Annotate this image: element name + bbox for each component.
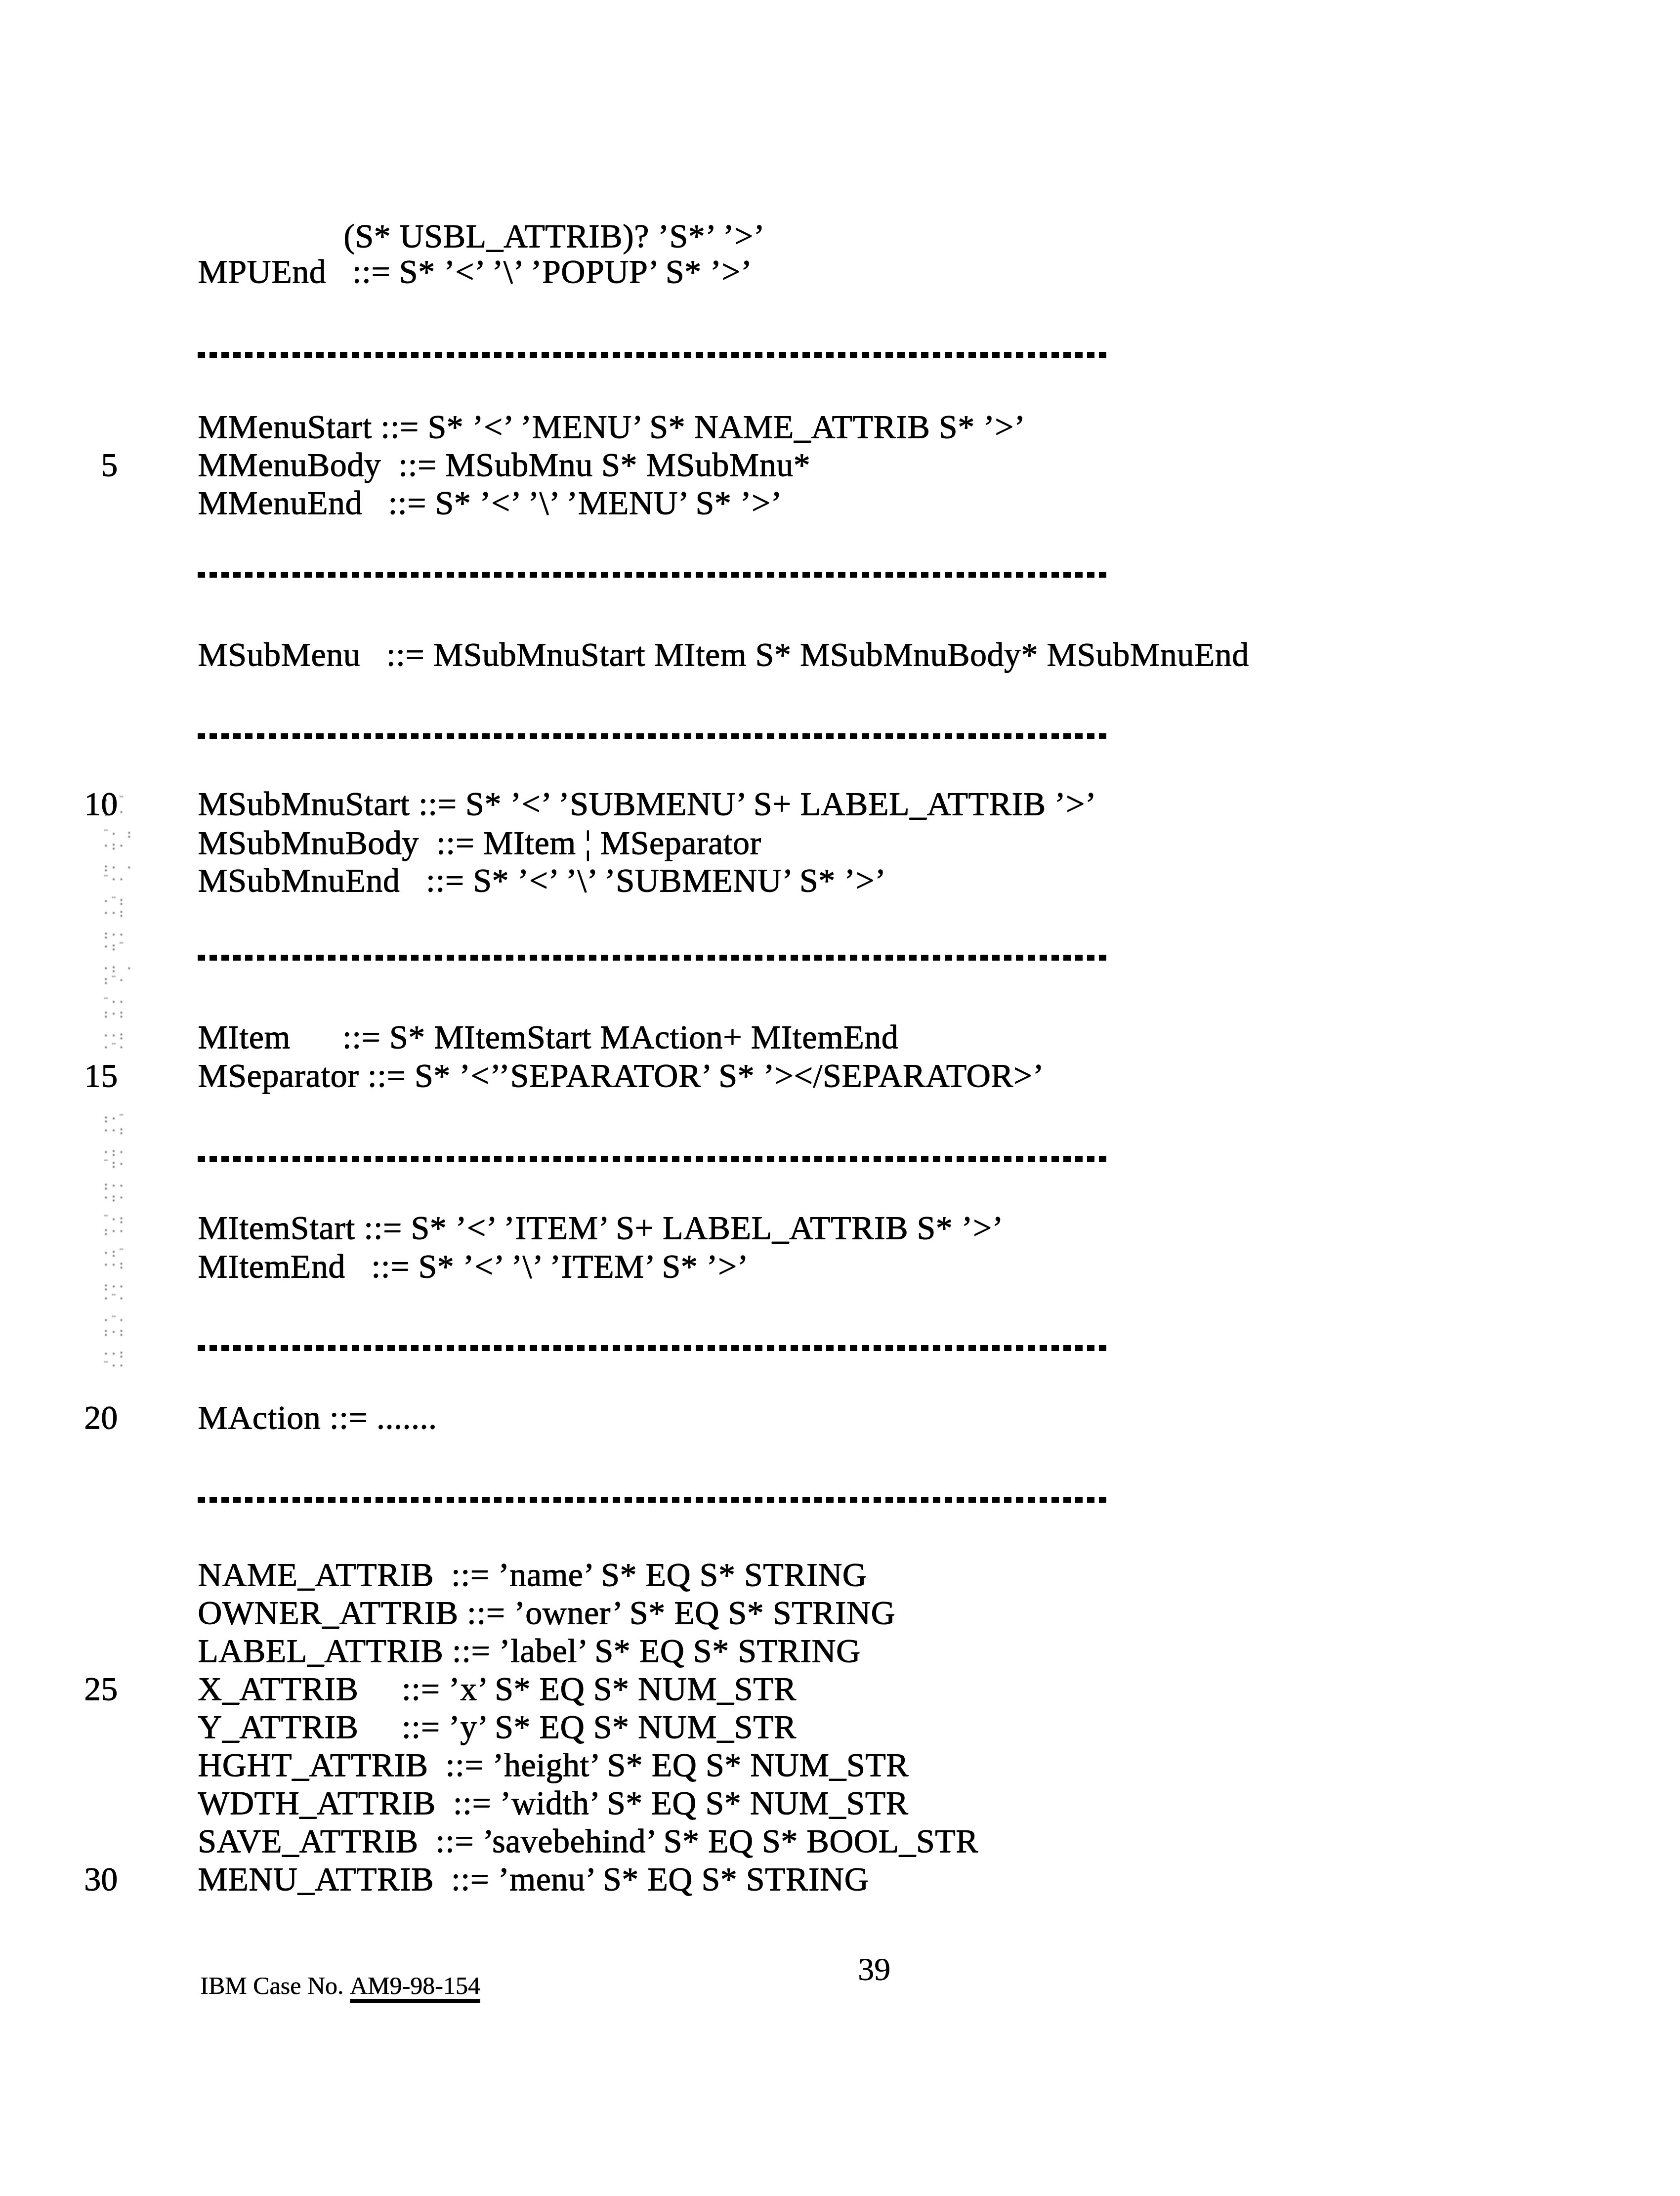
grammar-rule-line: SAVE_ATTRIB ::= ’savebehind’ S* EQ S* BO… — [198, 1824, 978, 1858]
footer-case-label: IBM Case No. — [200, 1972, 350, 1999]
dashed-separator — [198, 1497, 1108, 1503]
grammar-rule-line: MSeparator ::= S* ’<’’SEPARATOR’ S* ’></… — [198, 1058, 1044, 1092]
dashed-separator — [198, 1345, 1108, 1351]
grammar-rule-line: OWNER_ATTRIB ::= ’owner’ S* EQ S* STRING — [198, 1596, 895, 1629]
line-number: 30 — [74, 1862, 118, 1896]
scan-artifact: ·¨· :·: — [103, 1314, 126, 1338]
grammar-rule-line: MMenuBody ::= MSubMnu S* MSubMnu* — [198, 448, 810, 481]
grammar-rule-line: Y_ATTRIB ::= ’y’ S* EQ S* NUM_STR — [198, 1710, 797, 1743]
scan-artifact: ·¨: ··: — [103, 895, 126, 919]
grammar-rule-line: HGHT_ATTRIB ::= ’height’ S* EQ S* NUM_ST… — [198, 1748, 909, 1781]
grammar-rule-line: MSubMenu ::= MSubMnuStart MItem S* MSubM… — [198, 637, 1249, 671]
scan-artifact: ··: ¨·· — [103, 1348, 126, 1372]
line-number: 5 — [74, 448, 118, 481]
dashed-separator — [198, 1156, 1108, 1162]
dashed-separator — [198, 352, 1108, 358]
grammar-rule-line: MMenuEnd ::= S* ’<’ ’\’ ’MENU’ S* ’>’ — [198, 486, 782, 519]
grammar-rule-line: MMenuStart ::= S* ’<’ ’MENU’ S* NAME_ATT… — [198, 410, 1025, 443]
grammar-rule-line: WDTH_ATTRIB ::= ’width’ S* EQ S* NUM_STR — [198, 1786, 908, 1819]
scan-artifact: ··: ·¨· — [103, 1030, 126, 1054]
grammar-rule-line: NAME_ATTRIB ::= ’name’ S* EQ S* STRING — [198, 1558, 867, 1591]
scan-artifact: ·:· ¨:· — [103, 1146, 126, 1170]
page-number: 39 — [858, 1953, 890, 1986]
grammar-rule-line: MSubMnuStart ::= S* ’<’ ’SUBMENU’ S+ LAB… — [198, 787, 1096, 820]
grammar-rule-line: MAction ::= ....... — [198, 1400, 437, 1434]
grammar-rule-line: MSubMnuBody ::= MItem ¦ MSeparator — [198, 826, 761, 859]
dashed-separator — [198, 733, 1108, 739]
line-number: 25 — [74, 1672, 118, 1705]
scanned-patent-page: (S* USBL_ATTRIB)? ’S*’ ’>’MPUEnd ::= S* … — [0, 0, 1680, 2196]
scan-artifact: ¨·· :·: — [103, 996, 126, 1020]
footer-case-line: IBM Case No. AM9-98-154 — [200, 1973, 480, 2003]
grammar-rule-line: (S* USBL_ATTRIB)? ’S*’ ’>’ — [343, 219, 765, 253]
grammar-rule-line: MENU_ATTRIB ::= ’menu’ S* EQ S* STRING — [198, 1862, 869, 1896]
grammar-rule-line: MItem ::= S* MItemStart MAction+ MItemEn… — [198, 1020, 898, 1054]
scan-artifact: ·:¨ ··: — [103, 1247, 126, 1271]
grammar-rule-line: X_ATTRIB ::= ’x’ S* EQ S* NUM_STR — [198, 1672, 797, 1705]
dashed-separator — [198, 955, 1108, 961]
scan-artifact: ¨·: :·· — [103, 1214, 126, 1237]
scan-artifact: ·: · :¨· — [103, 963, 134, 986]
scan-artifact: ·:¨ :·· — [103, 795, 126, 818]
line-number: 20 — [74, 1400, 118, 1434]
scan-artifact: :·¨ ··: — [103, 1113, 126, 1137]
grammar-rule-line: MItemStart ::= S* ’<’ ’ITEM’ S+ LABEL_AT… — [198, 1211, 1004, 1244]
grammar-rule-line: MPUEnd ::= S* ’<’ ’\’ ’POPUP’ S* ’>’ — [198, 254, 752, 288]
scan-artifact: :·· ·¨· — [103, 1281, 126, 1305]
scan-artifact: :·· ·:¨ — [103, 929, 126, 953]
footer-case-number: AM9-98-154 — [350, 1973, 480, 2003]
grammar-rule-line: LABEL_ATTRIB ::= ’label’ S* EQ S* STRING — [198, 1634, 860, 1667]
scan-artifact: :· · ¨·· — [103, 862, 134, 886]
grammar-rule-line: MSubMnuEnd ::= S* ’<’ ’\’ ’SUBMENU’ S* ’… — [198, 863, 886, 897]
grammar-rule-line: MItemEnd ::= S* ’<’ ’\’ ’ITEM’ S* ’>’ — [198, 1249, 749, 1283]
line-number: 15 — [74, 1058, 118, 1092]
scan-artifact: :·· ·:· — [103, 1180, 126, 1204]
dashed-separator — [198, 572, 1108, 578]
scan-artifact: ¨· : ·:· — [103, 828, 134, 852]
